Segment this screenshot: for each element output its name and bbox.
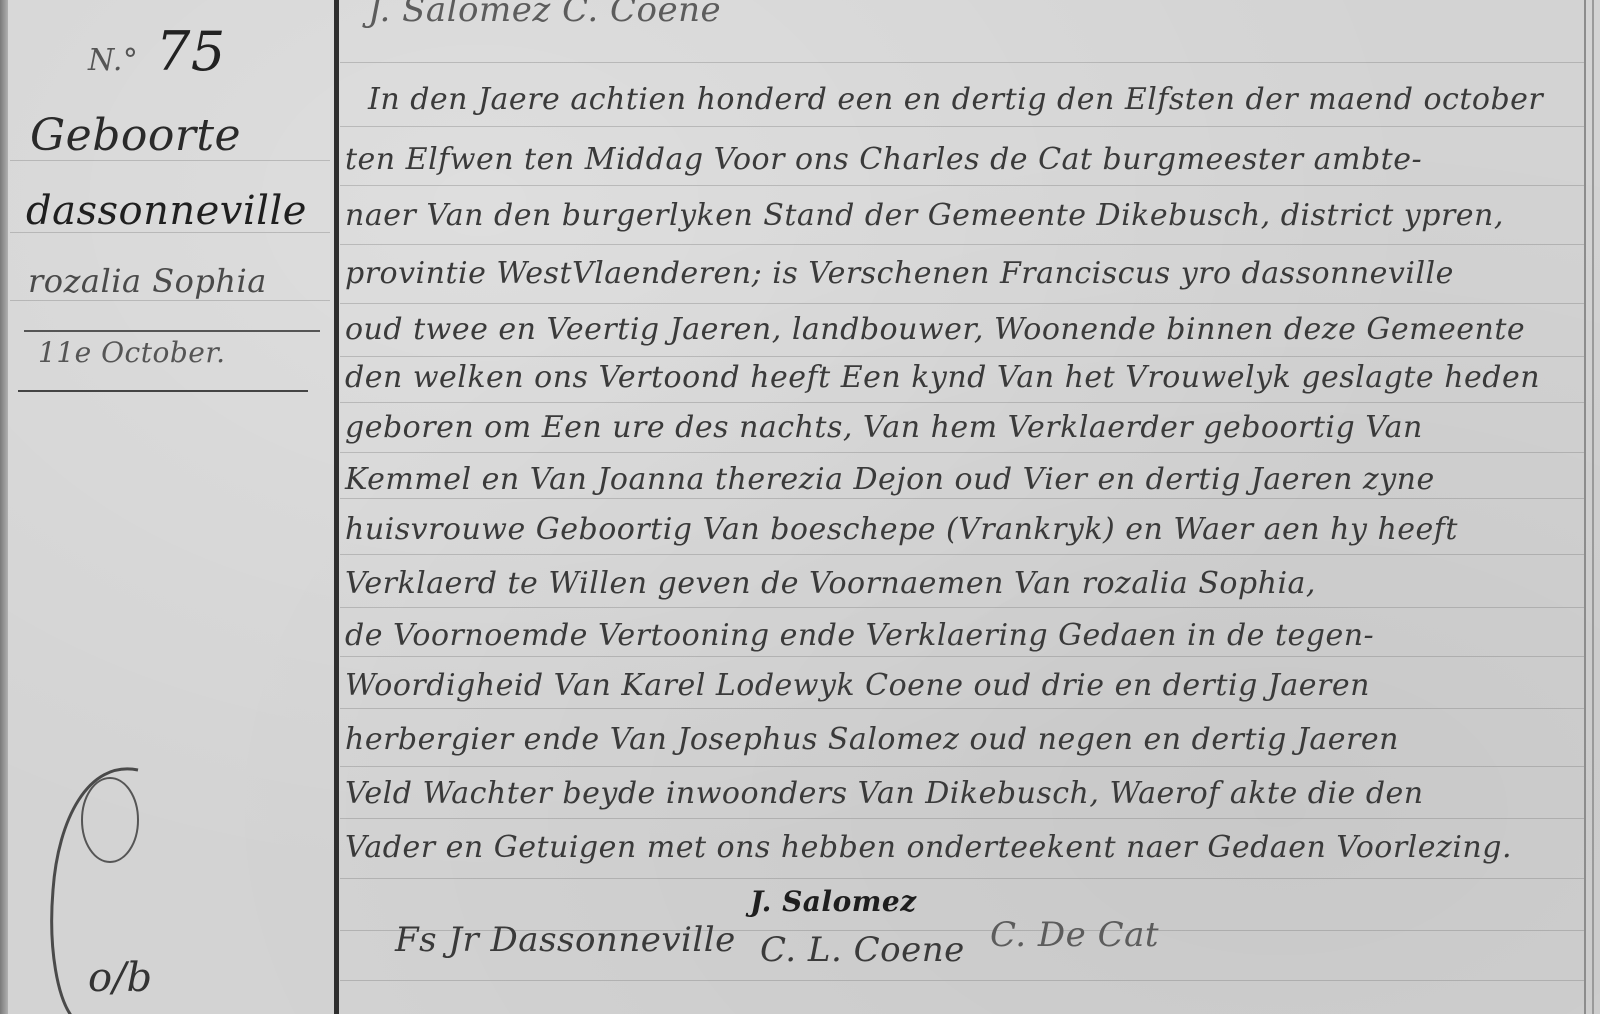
body-line: herbergier ende Van Josephus Salomez oud…	[345, 722, 1399, 757]
body-line: Verklaerd te Willen geven de Voornaemen …	[345, 566, 1316, 601]
body-line: den welken ons Vertoond heeft Een kynd V…	[345, 360, 1540, 395]
body-line: Woordigheid Van Karel Lodewyk Coene oud …	[345, 668, 1370, 703]
margin-given-names: rozalia Sophia	[28, 262, 267, 300]
folio-mark: o/b	[88, 955, 153, 1001]
body-line: naer Van den burgerlyken Stand der Gemee…	[345, 198, 1504, 233]
right-border-rule	[1584, 0, 1586, 1014]
margin-surname: dassonneville	[26, 188, 307, 234]
signature-mayor: C. De Cat	[990, 915, 1159, 955]
register-page: N.° 75 Geboorte dassonneville rozalia So…	[0, 0, 1600, 1014]
margin-divider	[18, 390, 308, 392]
signature-father: Fs Jr Dassonneville	[395, 920, 736, 960]
ruled-line	[340, 62, 1584, 63]
body-line: oud twee en Veertig Jaeren, landbouwer, …	[345, 312, 1525, 347]
ruled-line	[340, 818, 1584, 819]
margin-divider	[24, 330, 320, 332]
ruled-line	[340, 303, 1584, 304]
margin-column: N.° 75 Geboorte dassonneville rozalia So…	[8, 0, 334, 1014]
body-line: Vader en Getuigen met ons hebben onderte…	[345, 830, 1512, 865]
ruled-line	[340, 126, 1584, 127]
ruled-line	[340, 554, 1584, 555]
margin-date: 11e October.	[38, 336, 226, 369]
entry-number-value: 75	[156, 20, 226, 83]
ruled-line	[340, 766, 1584, 767]
entry-number-prefix: N.°	[88, 43, 138, 78]
top-carryover-signatures: J. Salomez C. Coene	[368, 0, 721, 30]
right-border-rule	[1592, 0, 1594, 1014]
ruled-line	[340, 498, 1584, 499]
body-line: In den Jaere achtien honderd een en dert…	[368, 82, 1543, 117]
ruled-line	[340, 878, 1584, 879]
ruled-line	[340, 980, 1584, 981]
ruled-line	[340, 185, 1584, 186]
body-line: geboren om Een ure des nachts, Van hem V…	[345, 410, 1423, 445]
margin-rule	[334, 0, 339, 1014]
ruled-line	[340, 607, 1584, 608]
signature-witness-1: J. Salomez	[750, 885, 917, 918]
ruled-line	[340, 244, 1584, 245]
body-line: Veld Wachter beyde inwoonders Van Dikebu…	[345, 776, 1424, 811]
record-type: Geboorte	[30, 110, 241, 161]
ruled-line	[340, 452, 1584, 453]
body-line: huisvrouwe Geboortig Van boeschepe (Vran…	[345, 512, 1458, 547]
ruled-line	[340, 402, 1584, 403]
ruled-line	[340, 656, 1584, 657]
body-line: de Voornoemde Vertooning ende Verklaerin…	[345, 618, 1374, 653]
ruled-line	[340, 708, 1584, 709]
ruled-line	[340, 356, 1584, 357]
entry-number: N.° 75	[88, 20, 226, 83]
body-line: ten Elfwen ten Middag Voor ons Charles d…	[345, 142, 1422, 177]
signature-witness-2: C. L. Coene	[760, 930, 965, 970]
page-left-edge	[0, 0, 8, 1014]
body-line: provintie WestVlaenderen; is Verschenen …	[345, 256, 1454, 291]
body-line: Kemmel en Van Joanna therezia Dejon oud …	[345, 462, 1435, 497]
